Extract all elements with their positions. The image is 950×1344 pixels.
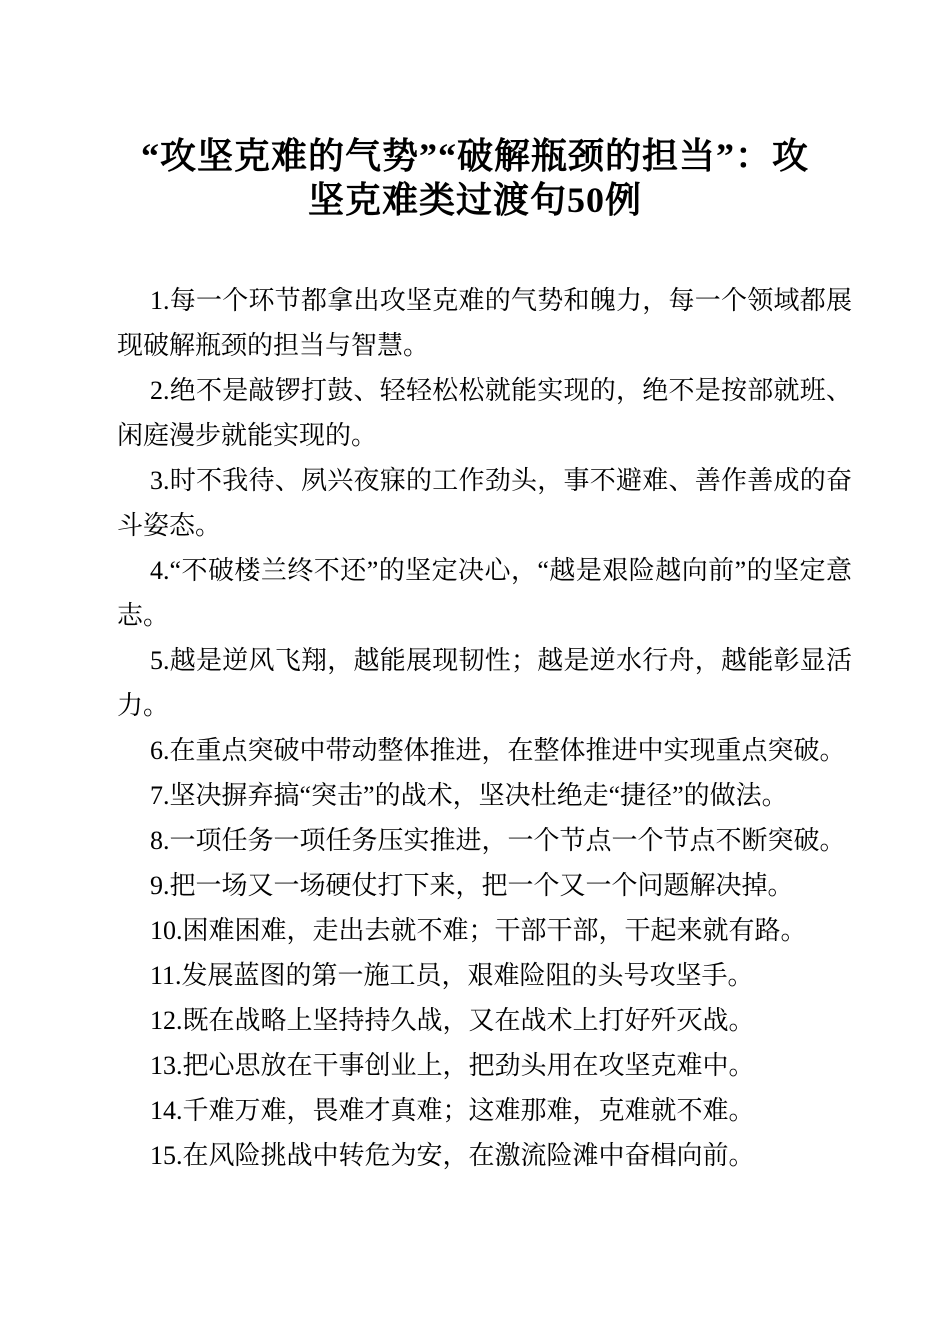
list-item-2: 2.绝不是敲锣打鼓、轻轻松松就能实现的，绝不是按部就班、闲庭漫步就能实现的。	[117, 368, 852, 458]
list-item-11: 11.发展蓝图的第一施工员，艰难险阻的头号攻坚手。	[117, 953, 852, 998]
list-item-1: 1.每一个环节都拿出攻坚克难的气势和魄力，每一个领域都展现破解瓶颈的担当与智慧。	[117, 278, 852, 368]
list-item-7: 7.坚决摒弃搞“突击”的战术，坚决杜绝走“捷径”的做法。	[117, 773, 852, 818]
list-item-13: 13.把心思放在干事创业上，把劲头用在攻坚克难中。	[117, 1043, 852, 1088]
list-item-9: 9.把一场又一场硬仗打下来，把一个又一个问题解决掉。	[117, 863, 852, 908]
list-item-3: 3.时不我待、夙兴夜寐的工作劲头，事不避难、善作善成的奋斗姿态。	[117, 458, 852, 548]
document-title: “攻坚克难的气势”“破解瓶颈的担当”：攻 坚克难类过渡句50例	[0, 0, 950, 222]
list-item-10: 10.困难困难，走出去就不难；干部干部，干起来就有路。	[117, 908, 852, 953]
list-item-14: 14.千难万难，畏难才真难；这难那难，克难就不难。	[117, 1088, 852, 1133]
list-item-4: 4.“不破楼兰终不还”的坚定决心，“越是艰险越向前”的坚定意志。	[117, 548, 852, 638]
list-item-15: 15.在风险挑战中转危为安，在激流险滩中奋楫向前。	[117, 1133, 852, 1178]
list-item-12: 12.既在战略上坚持持久战，又在战术上打好歼灭战。	[117, 998, 852, 1043]
list-item-8: 8.一项任务一项任务压实推进，一个节点一个节点不断突破。	[117, 818, 852, 863]
list-item-5: 5.越是逆风飞翔，越能展现韧性；越是逆水行舟，越能彰显活力。	[117, 638, 852, 728]
document-title-line-1: “攻坚克难的气势”“破解瓶颈的担当”：攻	[90, 134, 860, 178]
transition-sentence-list: 1.每一个环节都拿出攻坚克难的气势和魄力，每一个领域都展现破解瓶颈的担当与智慧。…	[117, 278, 852, 1178]
list-item-6: 6.在重点突破中带动整体推进，在整体推进中实现重点突破。	[117, 728, 852, 773]
document-title-line-2: 坚克难类过渡句50例	[90, 178, 860, 222]
document-page: “攻坚克难的气势”“破解瓶颈的担当”：攻 坚克难类过渡句50例 1.每一个环节都…	[0, 0, 950, 1344]
